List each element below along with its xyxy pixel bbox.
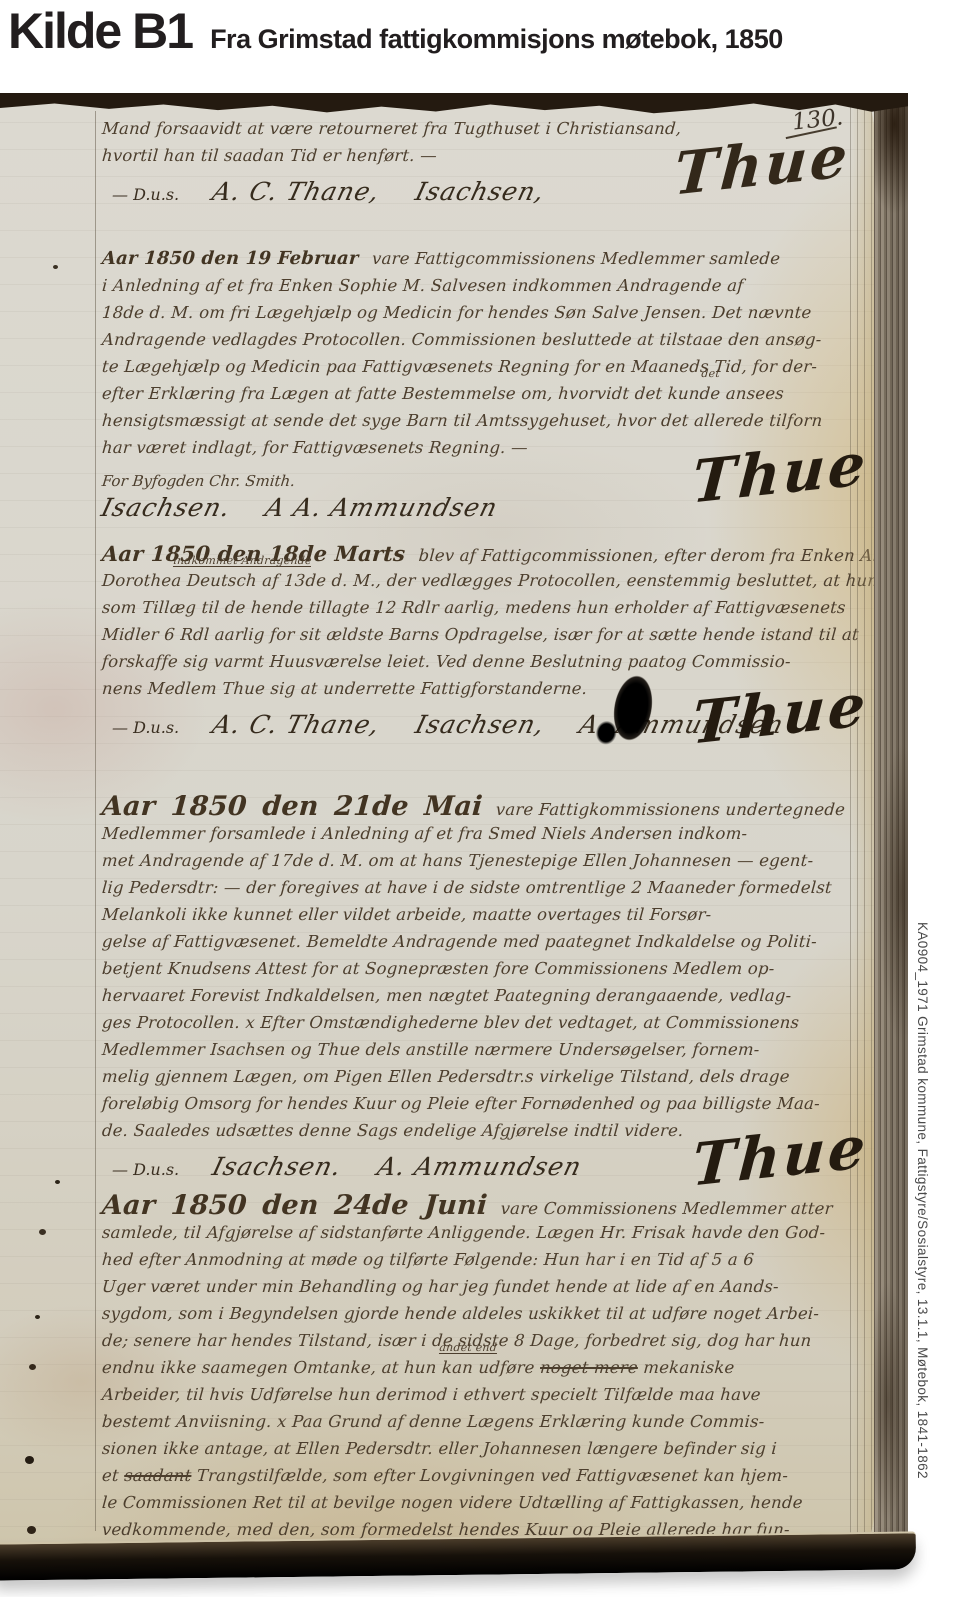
datum-ut-supra: — D.u.s. (112, 1160, 179, 1179)
signature: Isachsen. (210, 1152, 346, 1181)
signature: A. Ammundsen (374, 1152, 585, 1181)
manuscript-line: Aar 1850 den 21de Mai vare Fattigkommiss… (101, 793, 875, 820)
signature-block: — D.u.s.A. C. Thane,Isachsen,A. Ammundse… (102, 710, 874, 766)
manuscript-entry-jun24: Aar 1850 den 24de Juni vare Commissionen… (102, 1192, 874, 1543)
manuscript-line: met Andragende af 17de d. M. om at hans … (101, 847, 875, 874)
manuscript-line: betjent Knudsens Attest for at Sognepræs… (101, 955, 875, 982)
manuscript-line: bestemt Anviisning. x Paa Grund af denne… (101, 1408, 875, 1435)
interlinear-insertion: det (701, 368, 720, 379)
manuscript-line: Arbeider, til hvis Udførelse hun derimod… (101, 1381, 875, 1408)
interlinear-insertion: indkommet Andragende (173, 555, 312, 567)
manuscript-line: foreløbig Omsorg for hendes Kuur og Plei… (101, 1090, 875, 1117)
margin-ink-specks (55, 1180, 60, 1184)
manuscript-entries: Mand forsaavidt at være retourneret fra … (102, 95, 874, 1547)
manuscript-line: forskaffe sig varmt Huusværelse leiet. V… (101, 648, 875, 675)
manuscript-entry-feb19: Aar 1850 den 19 Februar vare Fattigcommi… (102, 245, 874, 525)
manuscript-photo: 130. Mand forsaavidt at være retourneret… (0, 95, 908, 1557)
manuscript-line: i Anledning af et fra Enken Sophie M. Sa… (101, 272, 875, 299)
manuscript-line: Melankoli ikke kunnet eller vildet arbei… (101, 901, 875, 928)
margin-rule (95, 111, 96, 1531)
manuscript-entry-mar18: Aar 1850 den 18de Marts blev af Fattigco… (102, 540, 874, 766)
signature: A. C. Thane, (210, 177, 384, 206)
printed-header: Kilde B1 Fra Grimstad fattigkommisjons m… (8, 2, 783, 60)
manuscript-line: Medlemmer forsamlede i Anledning af et f… (101, 820, 875, 847)
manuscript-line: Midler 6 Rdl aarlig for sit ældste Barns… (101, 621, 875, 648)
manuscript-line: Aar 1850 den 24de Juni vare Commissionen… (101, 1192, 875, 1219)
signature-block: — D.u.s.A. C. Thane,Isachsen,Thue (102, 177, 874, 233)
signature: Isachsen, (412, 710, 548, 739)
archive-caption: KA0904_1971 Grimstad kommune, Fattigstyr… (915, 922, 930, 1562)
document-page: Kilde B1 Fra Grimstad fattigkommisjons m… (0, 0, 960, 1597)
manuscript-line: Uger været under min Behandling og har j… (101, 1273, 875, 1300)
signature: Isachsen, (412, 177, 548, 206)
manuscript-line: ges Protocollen. x Efter Omstændighedern… (101, 1009, 875, 1036)
entry-date-heading: Aar 1850 den 21de Mai (101, 791, 484, 822)
manuscript-line: endnu ikke saamegen Omtanke, at hun kan … (101, 1354, 875, 1381)
manuscript-line: 18de d. M. om fri Lægehjælp og Medicin f… (101, 299, 875, 326)
manuscript-line: samlede, til Afgjørelse af sidstanførte … (101, 1219, 875, 1246)
manuscript-line: lig Pedersdtr: — der foregives at have i… (101, 874, 875, 901)
manuscript-entry-cont: Mand forsaavidt at være retourneret fra … (102, 115, 874, 233)
source-label: Kilde B1 (8, 2, 192, 60)
manuscript-line: hed efter Anmodning at møde og tilførte … (101, 1246, 875, 1273)
manuscript-line: hensigtsmæssigt at sende det syge Barn t… (101, 407, 875, 434)
entry-date-heading: Aar 1850 den 19 Februar (101, 248, 359, 269)
manuscript-line: te Lægehjælp og Medicin paa Fattigvæsene… (101, 353, 875, 380)
manuscript-line: efter Erklæring fra Lægen at fatte Beste… (101, 380, 875, 407)
manuscript-line: Dorothea Deutsch af 13de d. M., der vedl… (101, 567, 875, 594)
interlinear-insertion: andet end (439, 1342, 497, 1354)
manuscript-line: le Commissionen Ret til at bevilge nogen… (101, 1489, 875, 1516)
page-edges (850, 101, 876, 1541)
manuscript-line: Aar 1850 den 19 Februar vare Fattigcommi… (101, 245, 875, 272)
manuscript-line: melig gjennem Lægen, om Pigen Ellen Pede… (101, 1063, 875, 1090)
datum-ut-supra: — D.u.s. (112, 185, 179, 204)
manuscript-line: sygdom, som i Begyndelsen gjorde hende a… (101, 1300, 875, 1327)
datum-ut-supra: — D.u.s. (112, 718, 179, 737)
manuscript-line: gelse af Fattigvæsenet. Bemeldte Andrage… (101, 928, 875, 955)
manuscript-line: Medlemmer Isachsen og Thue dels anstille… (101, 1036, 875, 1063)
entry-date-heading: Aar 1850 den 24de Juni (101, 1190, 489, 1221)
manuscript-line: Andragende vedlagdes Protocollen. Commis… (101, 326, 875, 353)
manuscript-entry-may21: Aar 1850 den 21de Mai vare Fattigkommiss… (102, 793, 874, 1208)
manuscript-line: som Tillæg til de hende tillagte 12 Rdlr… (101, 594, 875, 621)
signature-block: For Byfogden Chr. Smith.Isachsen.A A. Am… (102, 469, 874, 525)
manuscript-line: et saadant Trangstilfælde, som efter Lov… (101, 1462, 875, 1489)
book-fore-edge (874, 95, 908, 1547)
signature: A A. Ammundsen (263, 493, 502, 522)
manuscript-line: sionen ikke antage, at Ellen Pedersdtr. … (101, 1435, 875, 1462)
signature: A. C. Thane, (210, 710, 384, 739)
signature: Isachsen. (98, 493, 234, 522)
source-title: Fra Grimstad fattigkommisjons møtebok, 1… (210, 24, 783, 55)
manuscript-line: hervaaret Forevist Indkaldelsen, men næg… (101, 982, 875, 1009)
